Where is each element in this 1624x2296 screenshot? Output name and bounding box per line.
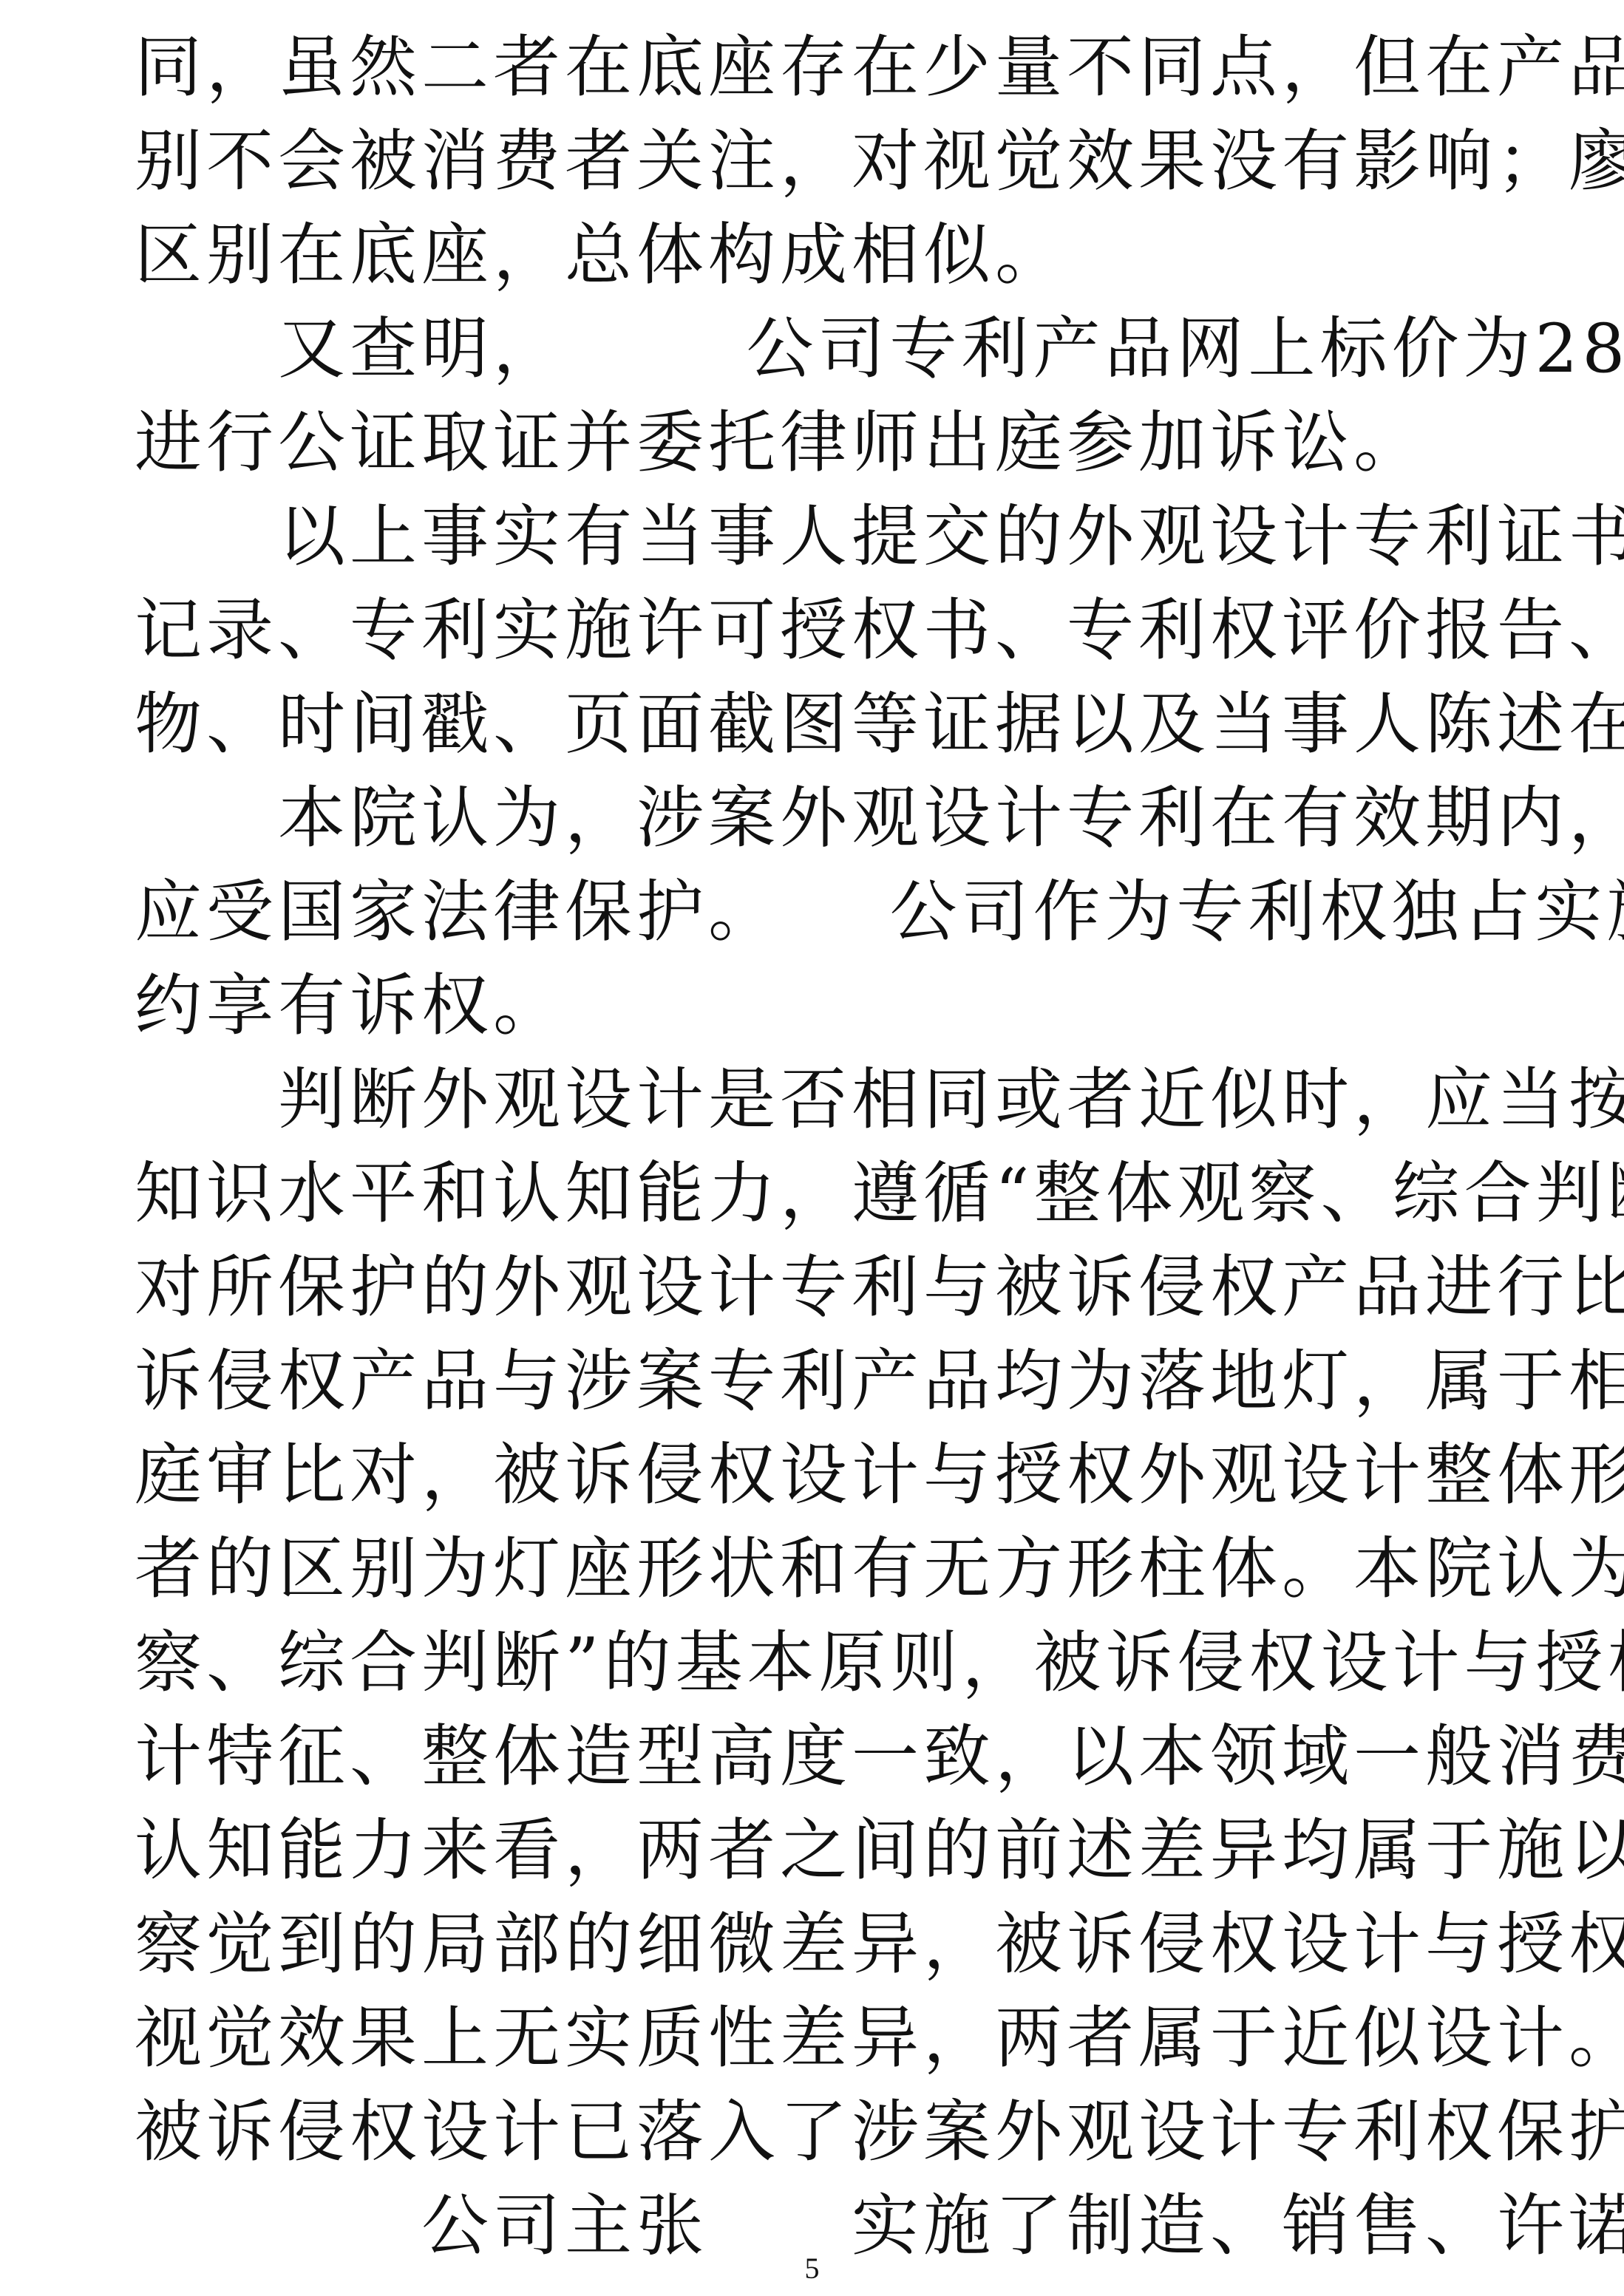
text-line: 察觉到的局部的细微差异，被诉侵权设计与授权外观设计在整体 [135,1898,1509,1992]
text-line: 应受国家法律保护。 公司作为专利权独占实施被许可人，依 [135,865,1509,959]
text-line: 知识水平和认知能力，遵循“整体观察、综合判断”的基本原则， [135,1147,1509,1241]
text-line: 约享有诉权。 [135,959,1509,1053]
text-line: 被诉侵权设计已落入了涉案外观设计专利权保护范围。 [135,2085,1509,2179]
text-line: 诉侵权产品与涉案专利产品均为落地灯，属于相同种类产品。经 [135,1335,1509,1428]
text-line: 进行公证取证并委托律师出庭参加诉讼。 [135,396,1509,490]
text-line: 者的区别为灯座形状和有无方形柱体。本院认为，根据“整体观 [135,1522,1509,1616]
text-line: 本院认为，涉案外观设计专利在有效期内，法律状态稳定， [135,771,1509,865]
text-line: 认知能力来看，两者之间的前述差异均属于施以一般注意力不能 [135,1804,1509,1898]
document-page: 同，虽然二者在底座存在少量不同点，但在产品使用过程中该区 别不会被消费者关注，对… [0,0,1624,2296]
text-line: 察、综合判断”的基本原则，被诉侵权设计与授权外观设计的设 [135,1616,1509,1710]
text-line: 视觉效果上无实质性差异，两者属于近似设计。因此，本院认为 [135,1992,1509,2085]
text-line: 对所保护的外观设计专利与被诉侵权产品进行比对。经审查，被 [135,1241,1509,1335]
text-line: 庭审比对，被诉侵权设计与授权外观设计整体形状基本相同，两 [135,1428,1509,1522]
page-number: 5 [0,2246,1624,2291]
text-line: 判断外观设计是否相同或者近似时，应当按照一般消费者的 [135,1053,1509,1147]
judgment-body-text: 同，虽然二者在底座存在少量不同点，但在产品使用过程中该区 别不会被消费者关注，对… [135,21,1509,2273]
text-line: 又查明， 公司专利产品网上标价为28800元，其为维权 [135,302,1509,396]
text-line: 记录、专利实施许可授权书、专利权评价报告、公证书、公证实 [135,584,1509,678]
text-line: 计特征、整体造型高度一致，以本领域一般消费者的知识水平和 [135,1710,1509,1804]
text-line: 区别在底座，总体构成相似。 [135,208,1509,302]
text-line: 物、时间戳、页面截图等证据以及当事人陈述在案佐证。 [135,678,1509,771]
text-line: 同，虽然二者在底座存在少量不同点，但在产品使用过程中该区 [135,21,1509,115]
text-line: 别不会被消费者关注，对视觉效果没有影响；廖 认为两者主要 [135,115,1509,208]
text-line: 以上事实有当事人提交的外观设计专利证书、专利年费缴费 [135,490,1509,584]
